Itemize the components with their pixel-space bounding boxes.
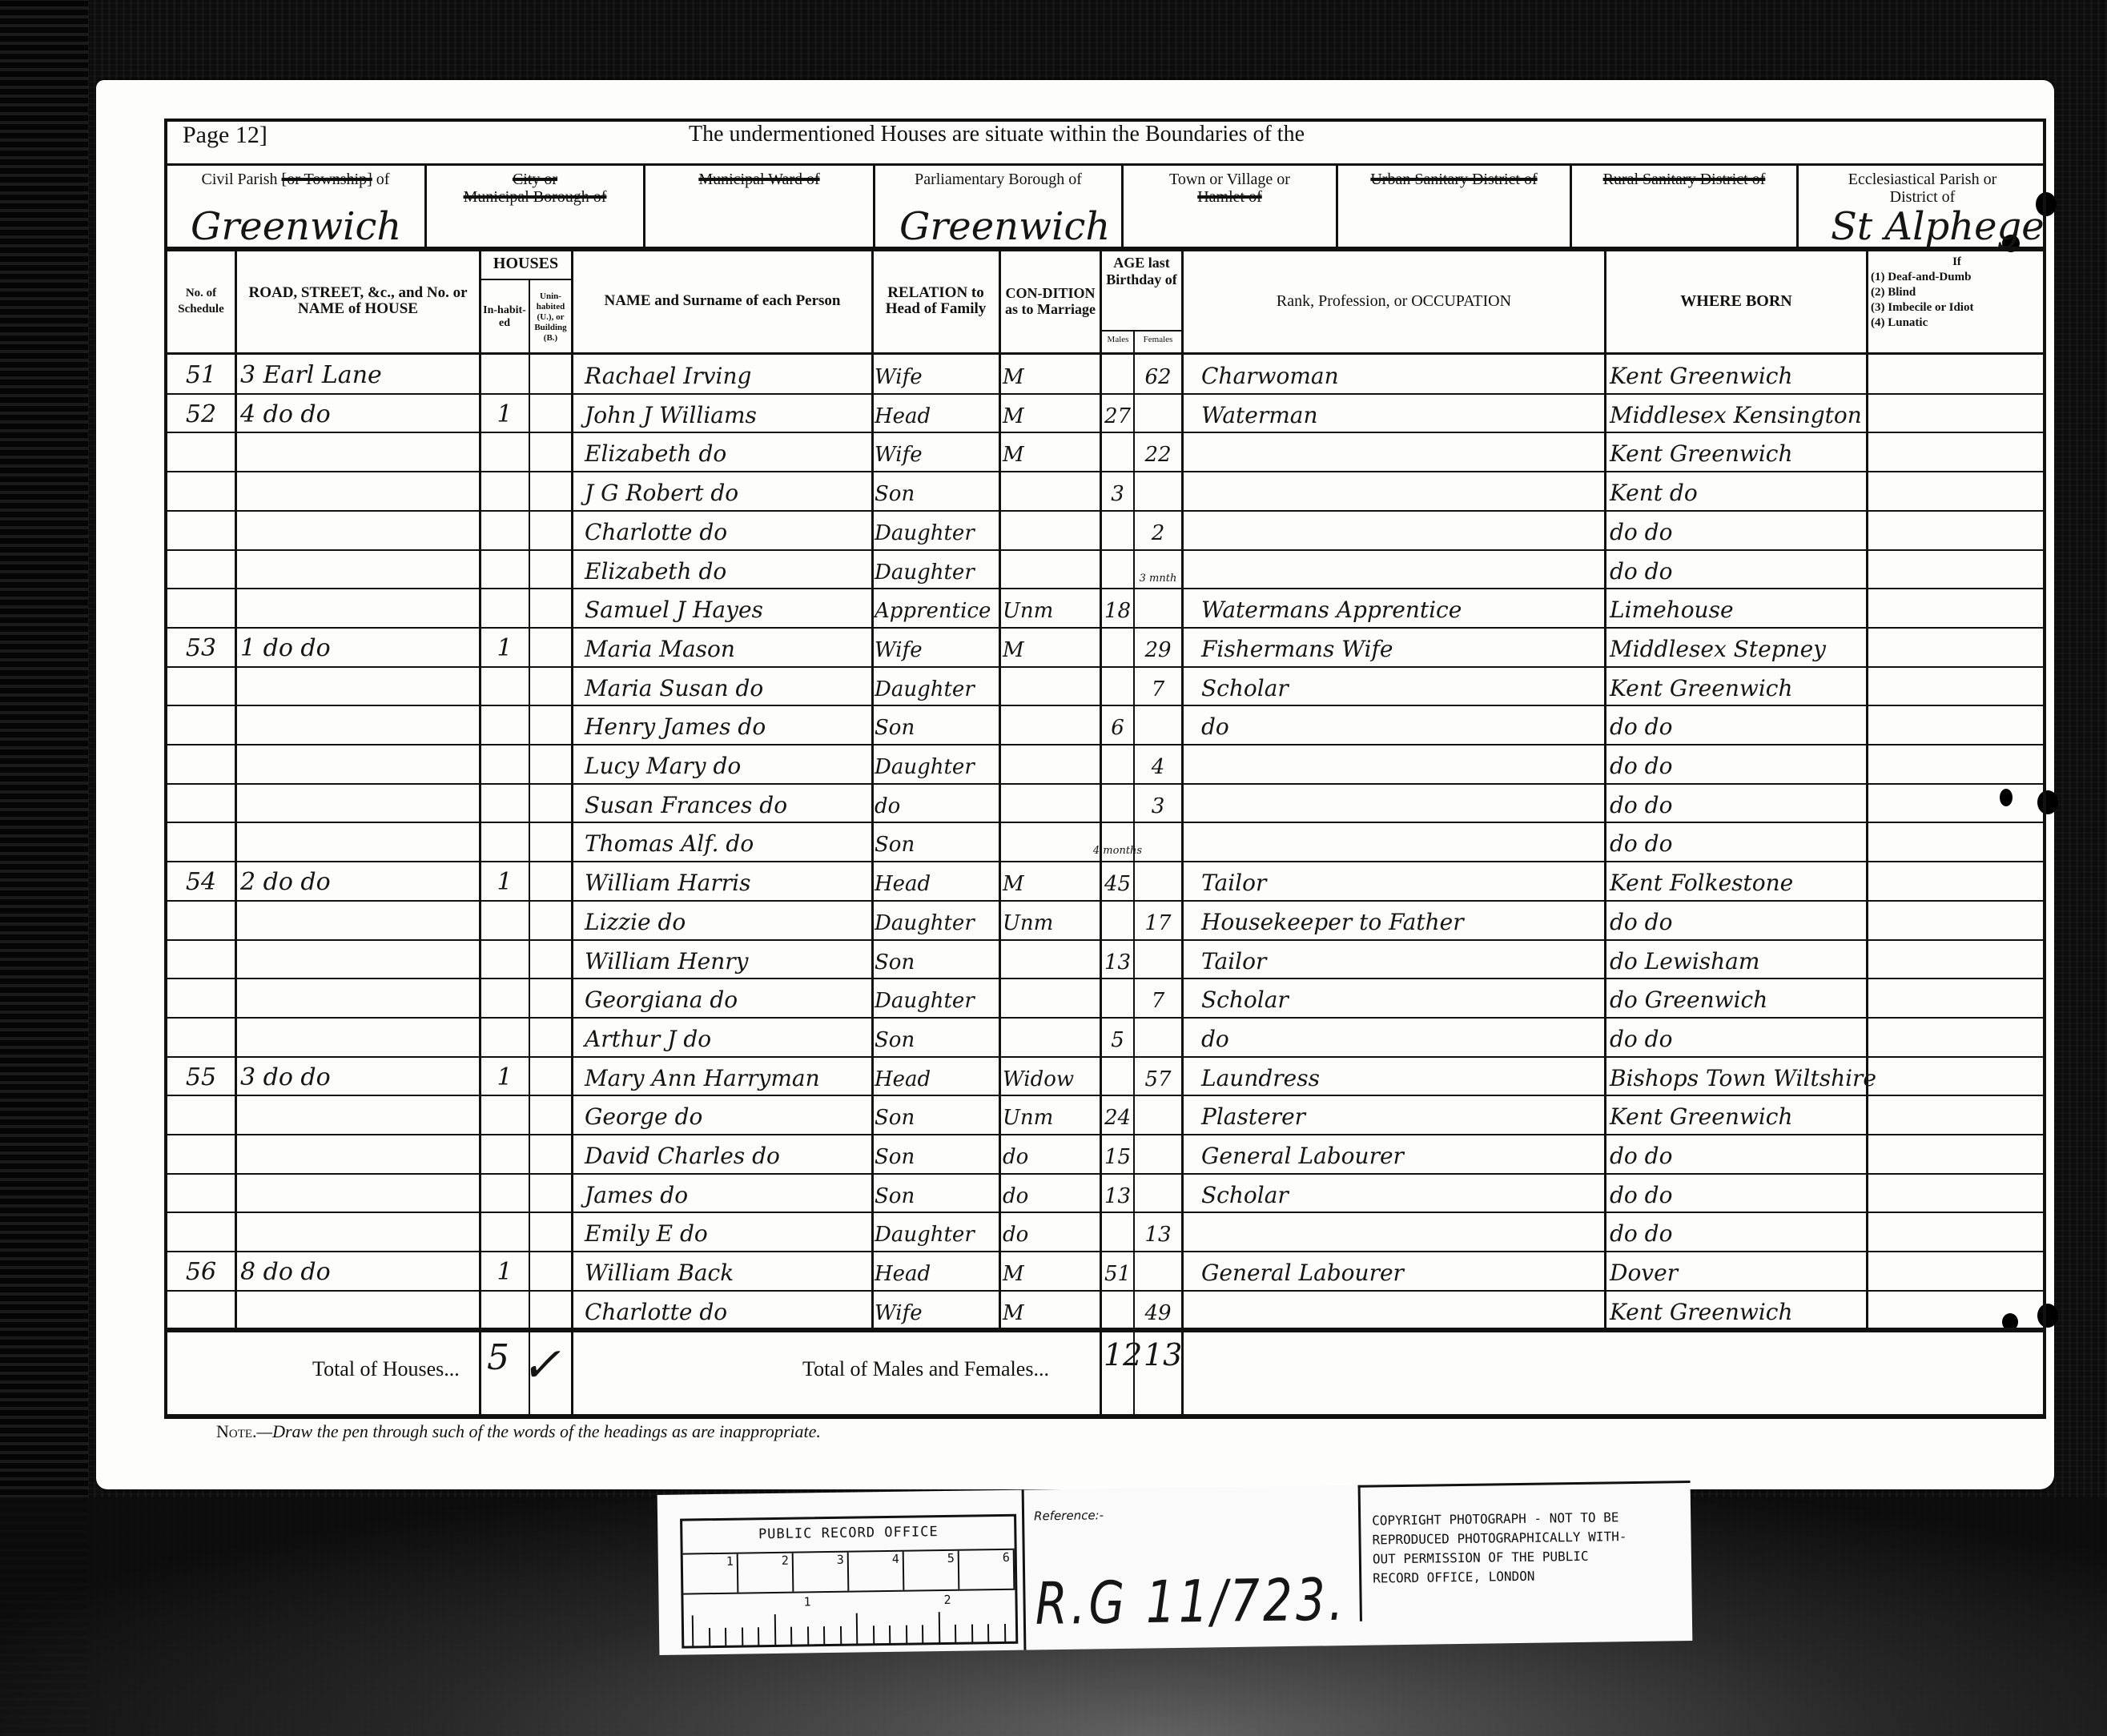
- cell-age-f: 4: [1135, 744, 1181, 782]
- cell-born: Kent Folkestone: [1610, 861, 1866, 899]
- admin-box-label: Town or Village orHamlet of: [1124, 171, 1336, 206]
- cell-occupation: [1201, 1212, 1604, 1250]
- cell-condition: Unm: [1003, 900, 1100, 938]
- cell-inhabited: [481, 588, 529, 626]
- cell-age-m: [1102, 900, 1133, 938]
- cell-infirmity: [1870, 900, 2042, 938]
- label-part: [or Township]: [282, 171, 372, 188]
- ruler-tick: [987, 1624, 989, 1643]
- cell-age-f: 17: [1135, 900, 1181, 938]
- ruler-tick: [905, 1625, 907, 1645]
- cell-condition: Widow: [1003, 1056, 1100, 1095]
- cell-schedule: [167, 705, 235, 743]
- cell-name: William Harris: [585, 861, 871, 899]
- cell-age-f: 7: [1135, 666, 1181, 705]
- cell-name: George do: [585, 1095, 871, 1133]
- cell-name: Elizabeth do: [585, 549, 871, 588]
- cell-occupation: Laundress: [1201, 1056, 1604, 1095]
- cell-relation: Head: [875, 1056, 999, 1095]
- cell-relation: Son: [875, 1134, 999, 1172]
- archive-label: PUBLIC RECORD OFFICE 123456 12 Reference…: [657, 1481, 1693, 1655]
- cell-schedule: [167, 1095, 235, 1133]
- cell-condition: Unm: [1003, 1095, 1100, 1133]
- column-rule: [1866, 248, 1868, 1329]
- cell-condition: [1003, 822, 1100, 860]
- cell-relation: Wife: [875, 1290, 999, 1328]
- cell-infirmity: [1870, 705, 2042, 743]
- cell-name: Henry James do: [585, 705, 871, 743]
- cell-relation: Daughter: [875, 549, 999, 588]
- header-name: NAME and Surname of each Person: [573, 250, 871, 352]
- cell-age-m: [1102, 510, 1133, 549]
- cell-schedule: [167, 1017, 235, 1055]
- cell-name: William Back: [585, 1251, 871, 1289]
- cell-name: William Henry: [585, 939, 871, 978]
- cell-name: Samuel J Hayes: [585, 588, 871, 626]
- cell-name: Arthur J do: [585, 1017, 871, 1055]
- cell-infirmity: [1870, 432, 2042, 470]
- cell-born: do do: [1610, 822, 1866, 860]
- cell-age-m: [1102, 549, 1133, 588]
- infirmity-option: (4) Lunatic: [1871, 315, 2043, 331]
- cell-infirmity: [1870, 393, 2042, 432]
- cell-condition: [1003, 1017, 1100, 1055]
- cell-age-f: [1135, 1173, 1181, 1212]
- divider: [481, 279, 571, 280]
- cell-name: David Charles do: [585, 1134, 871, 1172]
- cell-infirmity: [1870, 939, 2042, 978]
- cell-born: do do: [1610, 1134, 1866, 1172]
- cell-born: Middlesex Kensington: [1610, 393, 1866, 432]
- cell-road: [240, 432, 479, 470]
- divider: [164, 1328, 2046, 1332]
- cell-relation: Son: [875, 1017, 999, 1055]
- cell-age-f: 7: [1135, 978, 1181, 1016]
- label-part: Town or Village or: [1169, 171, 1290, 188]
- cell-condition: [1003, 705, 1100, 743]
- note-lead: Note.: [216, 1421, 257, 1441]
- cell-road: [240, 1290, 479, 1328]
- cell-age-m: 18: [1102, 588, 1133, 626]
- cell-age-m: [1102, 978, 1133, 1016]
- cell-relation: Head: [875, 393, 999, 432]
- header-road: ROAD, STREET, &c., and No. or NAME of HO…: [237, 250, 479, 352]
- cell-inhabited: [481, 510, 529, 549]
- ruler-tick: [758, 1627, 759, 1646]
- header-condition: CON-DITION as to Marriage: [1001, 250, 1100, 352]
- cell-name: John J Williams: [585, 393, 871, 432]
- cell-condition: do: [1003, 1212, 1100, 1250]
- ruler-tick: [872, 1625, 874, 1645]
- cell-infirmity: [1870, 549, 2042, 588]
- cell-schedule: [167, 1134, 235, 1172]
- admin-box: City orMunicipal Borough of: [424, 164, 643, 248]
- cell-age-m: [1102, 627, 1133, 665]
- cell-occupation: Tailor: [1201, 939, 1604, 978]
- cell-schedule: [167, 822, 235, 860]
- ruler-tick: [725, 1628, 726, 1647]
- scan-background-left: [0, 0, 88, 1736]
- cell-age-m: 3: [1102, 471, 1133, 509]
- cell-occupation: do: [1201, 705, 1604, 743]
- office-title: PUBLIC RECORD OFFICE: [682, 1523, 1014, 1544]
- cell-infirmity: [1870, 471, 2042, 509]
- cell-inhabited: [481, 1017, 529, 1055]
- cell-road: [240, 1173, 479, 1212]
- admin-box-label: Urban Sanitary District of: [1338, 171, 1570, 188]
- cell-relation: Daughter: [875, 900, 999, 938]
- total-males-value: 12: [1104, 1337, 1142, 1372]
- column-rule: [529, 279, 530, 1417]
- cell-inhabited: 1: [481, 627, 529, 665]
- header-inhabited: In-habit-ed: [481, 282, 529, 352]
- cell-age-m: 4 months: [1102, 822, 1133, 860]
- cell-schedule: [167, 432, 235, 470]
- cell-relation: Son: [875, 822, 999, 860]
- cell-road: [240, 939, 479, 978]
- cell-inhabited: [481, 1173, 529, 1212]
- cell-inhabited: [481, 666, 529, 705]
- label-part: Hamlet of: [1197, 188, 1262, 206]
- column-rule: [1181, 248, 1184, 1417]
- ruler-mark: 2: [738, 1553, 794, 1593]
- cell-relation: Wife: [875, 354, 999, 392]
- cell-age-m: [1102, 666, 1133, 705]
- cell-born: do Lewisham: [1610, 939, 1866, 978]
- cell-relation: do: [875, 783, 999, 822]
- cell-occupation: [1201, 549, 1604, 588]
- cell-condition: M: [1003, 627, 1100, 665]
- cell-schedule: [167, 510, 235, 549]
- ruler-tick: [839, 1626, 841, 1646]
- note-text: —Draw the pen through such of the words …: [257, 1421, 821, 1441]
- cell-occupation: Scholar: [1201, 978, 1604, 1016]
- infirmity-option: (2) Blind: [1871, 285, 2043, 300]
- cell-schedule: [167, 783, 235, 822]
- label-part: Rural Sanitary District of: [1603, 171, 1766, 188]
- cell-condition: [1003, 783, 1100, 822]
- cell-inhabited: 1: [481, 1251, 529, 1289]
- divider: [1102, 330, 1181, 332]
- admin-box-value: Greenwich: [191, 204, 401, 249]
- infirmity-if: If: [1871, 255, 2043, 270]
- cell-inhabited: [481, 1134, 529, 1172]
- cell-schedule: [167, 588, 235, 626]
- column-rule: [871, 248, 874, 1329]
- header-where-born: WHERE BORN: [1606, 250, 1866, 352]
- cell-schedule: 55: [167, 1056, 235, 1095]
- cell-relation: Wife: [875, 627, 999, 665]
- cell-occupation: do: [1201, 1017, 1604, 1055]
- cell-age-m: [1102, 1290, 1133, 1328]
- cell-occupation: [1201, 744, 1604, 782]
- cell-condition: [1003, 549, 1100, 588]
- cell-age-f: [1135, 1251, 1181, 1289]
- label-part: Parliamentary Borough of: [915, 171, 1082, 188]
- cell-infirmity: [1870, 1173, 2042, 1212]
- cell-age-m: 13: [1102, 1173, 1133, 1212]
- cell-schedule: 53: [167, 627, 235, 665]
- cell-inhabited: [481, 432, 529, 470]
- ruler-tick: [708, 1628, 710, 1647]
- label-part: City or: [513, 171, 557, 188]
- cell-occupation: [1201, 471, 1604, 509]
- cell-occupation: [1201, 783, 1604, 822]
- admin-box-label: City orMunicipal Borough of: [427, 171, 643, 206]
- cell-name: Thomas Alf. do: [585, 822, 871, 860]
- cell-age-m: 13: [1102, 939, 1133, 978]
- cell-age-m: [1102, 432, 1133, 470]
- header-age: AGE last Birthday of: [1102, 255, 1181, 327]
- ruler-tick: [971, 1625, 972, 1644]
- cell-relation: Daughter: [875, 978, 999, 1016]
- cell-condition: M: [1003, 1251, 1100, 1289]
- ruler-tick: [938, 1612, 940, 1644]
- ruler-mark: 3: [794, 1553, 850, 1592]
- cell-schedule: [167, 1290, 235, 1328]
- cell-occupation: Scholar: [1201, 1173, 1604, 1212]
- ruler-cm-mark: 1: [803, 1594, 810, 1609]
- header-occupation: Rank, Profession, or OCCUPATION: [1184, 250, 1604, 352]
- ruler-cm-mark: 2: [943, 1593, 951, 1607]
- ruler-mark: 6: [959, 1550, 1015, 1589]
- reference-label: Reference:-: [1034, 1508, 1104, 1523]
- admin-box-label: Parliamentary Borough of: [875, 171, 1121, 188]
- cell-schedule: [167, 939, 235, 978]
- cell-schedule: 54: [167, 861, 235, 899]
- admin-box: Urban Sanitary District of: [1336, 164, 1570, 248]
- cell-name: Georgiana do: [585, 978, 871, 1016]
- header-relation: RELATION to Head of Family: [873, 250, 999, 352]
- cell-age-f: [1135, 393, 1181, 432]
- cell-age-m: 5: [1102, 1017, 1133, 1055]
- cell-occupation: Watermans Apprentice: [1201, 588, 1604, 626]
- reference-box: Reference:- R.G 11/723.: [1022, 1485, 1361, 1650]
- cell-inhabited: [481, 822, 529, 860]
- cell-age-f: 29: [1135, 627, 1181, 665]
- cell-infirmity: [1870, 510, 2042, 549]
- cell-age-m: [1102, 744, 1133, 782]
- cell-age-f: [1135, 1017, 1181, 1055]
- cell-occupation: Waterman: [1201, 393, 1604, 432]
- cell-inhabited: [481, 549, 529, 588]
- cell-schedule: [167, 744, 235, 782]
- cell-relation: Daughter: [875, 744, 999, 782]
- cell-inhabited: [481, 978, 529, 1016]
- cell-road: [240, 900, 479, 938]
- cell-born: Kent Greenwich: [1610, 1290, 1866, 1328]
- cell-age-f: [1135, 939, 1181, 978]
- cell-age-f: 13: [1135, 1212, 1181, 1250]
- cell-infirmity: [1870, 627, 2042, 665]
- ruler-tick: [856, 1613, 858, 1646]
- admin-box: Town or Village orHamlet of: [1121, 164, 1336, 248]
- cell-infirmity: [1870, 1017, 2042, 1055]
- cell-born: Kent Greenwich: [1610, 432, 1866, 470]
- cell-born: Kent Greenwich: [1610, 354, 1866, 392]
- cell-inhabited: [481, 744, 529, 782]
- cell-road: 8 do do: [240, 1251, 479, 1289]
- cell-name: Susan Frances do: [585, 783, 871, 822]
- admin-box-label: Rural Sanitary District of: [1572, 171, 1796, 188]
- cell-age-f: 62: [1135, 354, 1181, 392]
- reference-value: R.G 11/723.: [1035, 1565, 1347, 1638]
- cell-infirmity: [1870, 744, 2042, 782]
- cell-road: 2 do do: [240, 861, 479, 899]
- ruler-tick: [889, 1625, 891, 1645]
- cell-born: do do: [1610, 549, 1866, 588]
- header-infirmity: If (1) Deaf-and-Dumb (2) Blind (3) Imbec…: [1871, 255, 2043, 331]
- cell-road: 4 do do: [240, 393, 479, 432]
- cell-condition: [1003, 744, 1100, 782]
- admin-box-value: St Alphege: [1831, 204, 2045, 249]
- cell-condition: [1003, 978, 1100, 1016]
- cell-inhabited: [481, 1212, 529, 1250]
- cell-road: [240, 1134, 479, 1172]
- cell-schedule: [167, 666, 235, 705]
- cell-age-m: [1102, 783, 1133, 822]
- cell-age-f: [1135, 705, 1181, 743]
- cell-age-f: 2: [1135, 510, 1181, 549]
- ruler-ticks: 12: [683, 1590, 1015, 1648]
- cell-infirmity: [1870, 1212, 2042, 1250]
- ruler-tick: [823, 1626, 825, 1646]
- cell-condition: [1003, 471, 1100, 509]
- cell-schedule: [167, 549, 235, 588]
- cell-age-m: [1102, 354, 1133, 392]
- cell-inhabited: [481, 1290, 529, 1328]
- cell-age-f: [1135, 588, 1181, 626]
- total-persons-label: Total of Males and Females...: [802, 1357, 1049, 1381]
- cell-road: 1 do do: [240, 627, 479, 665]
- cell-age-m: 24: [1102, 1095, 1133, 1133]
- admin-box: Municipal Ward of: [643, 164, 873, 248]
- checkmark-icon: ✓: [521, 1337, 561, 1393]
- ruler-tick: [955, 1625, 956, 1644]
- cell-relation: Head: [875, 861, 999, 899]
- infirmity-option: (1) Deaf-and-Dumb: [1871, 270, 2043, 285]
- cell-relation: Son: [875, 471, 999, 509]
- cell-name: Elizabeth do: [585, 432, 871, 470]
- cell-born: Dover: [1610, 1251, 1866, 1289]
- cell-born: do do: [1610, 510, 1866, 549]
- label-part: District of: [1890, 188, 1956, 206]
- cell-condition: M: [1003, 432, 1100, 470]
- ruler-mark: 5: [904, 1551, 960, 1590]
- cell-born: Bishops Town Wiltshire: [1610, 1056, 1866, 1095]
- cell-age-f: [1135, 861, 1181, 899]
- admin-box: Parliamentary Borough ofGreenwich: [873, 164, 1121, 248]
- cell-road: [240, 1017, 479, 1055]
- cell-age-m: 27: [1102, 393, 1133, 432]
- cell-relation: Wife: [875, 432, 999, 470]
- cell-road: [240, 1095, 479, 1133]
- cell-infirmity: [1870, 783, 2042, 822]
- cell-relation: Daughter: [875, 510, 999, 549]
- ruler-tick: [1003, 1624, 1005, 1643]
- copyright-notice: COPYRIGHT PHOTOGRAPH - NOT TO BEREPRODUC…: [1358, 1481, 1692, 1621]
- ruler-tick: [922, 1625, 923, 1644]
- cell-infirmity: [1870, 1251, 2042, 1289]
- column-rule: [999, 248, 1001, 1329]
- column-rule: [1604, 248, 1606, 1329]
- cell-infirmity: [1870, 861, 2042, 899]
- cell-occupation: Tailor: [1201, 861, 1604, 899]
- cell-road: [240, 510, 479, 549]
- cell-age-m: [1102, 1056, 1133, 1095]
- cell-occupation: General Labourer: [1201, 1251, 1604, 1289]
- cell-born: Middlesex Stepney: [1610, 627, 1866, 665]
- cell-born: Kent Greenwich: [1610, 1095, 1866, 1133]
- cell-road: [240, 978, 479, 1016]
- cell-condition: Unm: [1003, 588, 1100, 626]
- cell-age-f: [1135, 1095, 1181, 1133]
- form-title: The undermentioned Houses are situate wi…: [689, 122, 1305, 147]
- cell-condition: do: [1003, 1134, 1100, 1172]
- cell-inhabited: [481, 783, 529, 822]
- cell-born: Kent do: [1610, 471, 1866, 509]
- cell-occupation: Charwoman: [1201, 354, 1604, 392]
- cell-infirmity: [1870, 666, 2042, 705]
- admin-box-label: Ecclesiastical Parish orDistrict of: [1799, 171, 2046, 206]
- copyright-line: RECORD OFFICE, LONDON: [1373, 1565, 1685, 1588]
- cell-schedule: [167, 978, 235, 1016]
- ruler-tick: [790, 1627, 792, 1646]
- cell-age-f: 3: [1135, 783, 1181, 822]
- cell-road: [240, 588, 479, 626]
- cell-age-m: [1102, 1212, 1133, 1250]
- cell-condition: M: [1003, 354, 1100, 392]
- cell-name: Lizzie do: [585, 900, 871, 938]
- header-houses: HOUSES: [481, 255, 571, 273]
- label-part: Municipal Ward of: [698, 171, 819, 188]
- cell-schedule: 56: [167, 1251, 235, 1289]
- cell-infirmity: [1870, 1290, 2042, 1328]
- ruler-tick: [806, 1626, 808, 1646]
- cell-relation: Daughter: [875, 1212, 999, 1250]
- infirmity-option: (3) Imbecile or Idiot: [1871, 300, 2043, 315]
- divider: [164, 1414, 2046, 1419]
- cell-born: Limehouse: [1610, 588, 1866, 626]
- cell-condition: M: [1003, 861, 1100, 899]
- cell-name: Emily E do: [585, 1212, 871, 1250]
- cell-condition: do: [1003, 1173, 1100, 1212]
- cell-schedule: [167, 1212, 235, 1250]
- cell-age-f: 22: [1135, 432, 1181, 470]
- cell-inhabited: 1: [481, 861, 529, 899]
- admin-box-label: Civil Parish [or Township] of: [167, 171, 424, 188]
- page-label: Page 12]: [183, 122, 267, 149]
- cell-schedule: [167, 900, 235, 938]
- cell-condition: [1003, 939, 1100, 978]
- cell-name: Rachael Irving: [585, 354, 871, 392]
- ruler-mark: 1: [683, 1554, 739, 1593]
- cell-inhabited: [481, 939, 529, 978]
- cell-inhabited: [481, 705, 529, 743]
- cell-infirmity: [1870, 1134, 2042, 1172]
- cell-relation: Head: [875, 1251, 999, 1289]
- admin-box-value: Greenwich: [899, 204, 1110, 249]
- ruler: PUBLIC RECORD OFFICE 123456 12: [680, 1514, 1018, 1649]
- cell-road: [240, 744, 479, 782]
- cell-age-f: [1135, 822, 1181, 860]
- cell-born: do do: [1610, 1017, 1866, 1055]
- cell-name: Maria Mason: [585, 627, 871, 665]
- cell-infirmity: [1870, 822, 2042, 860]
- cell-inhabited: [481, 900, 529, 938]
- cell-condition: [1003, 666, 1100, 705]
- cell-name: J G Robert do: [585, 471, 871, 509]
